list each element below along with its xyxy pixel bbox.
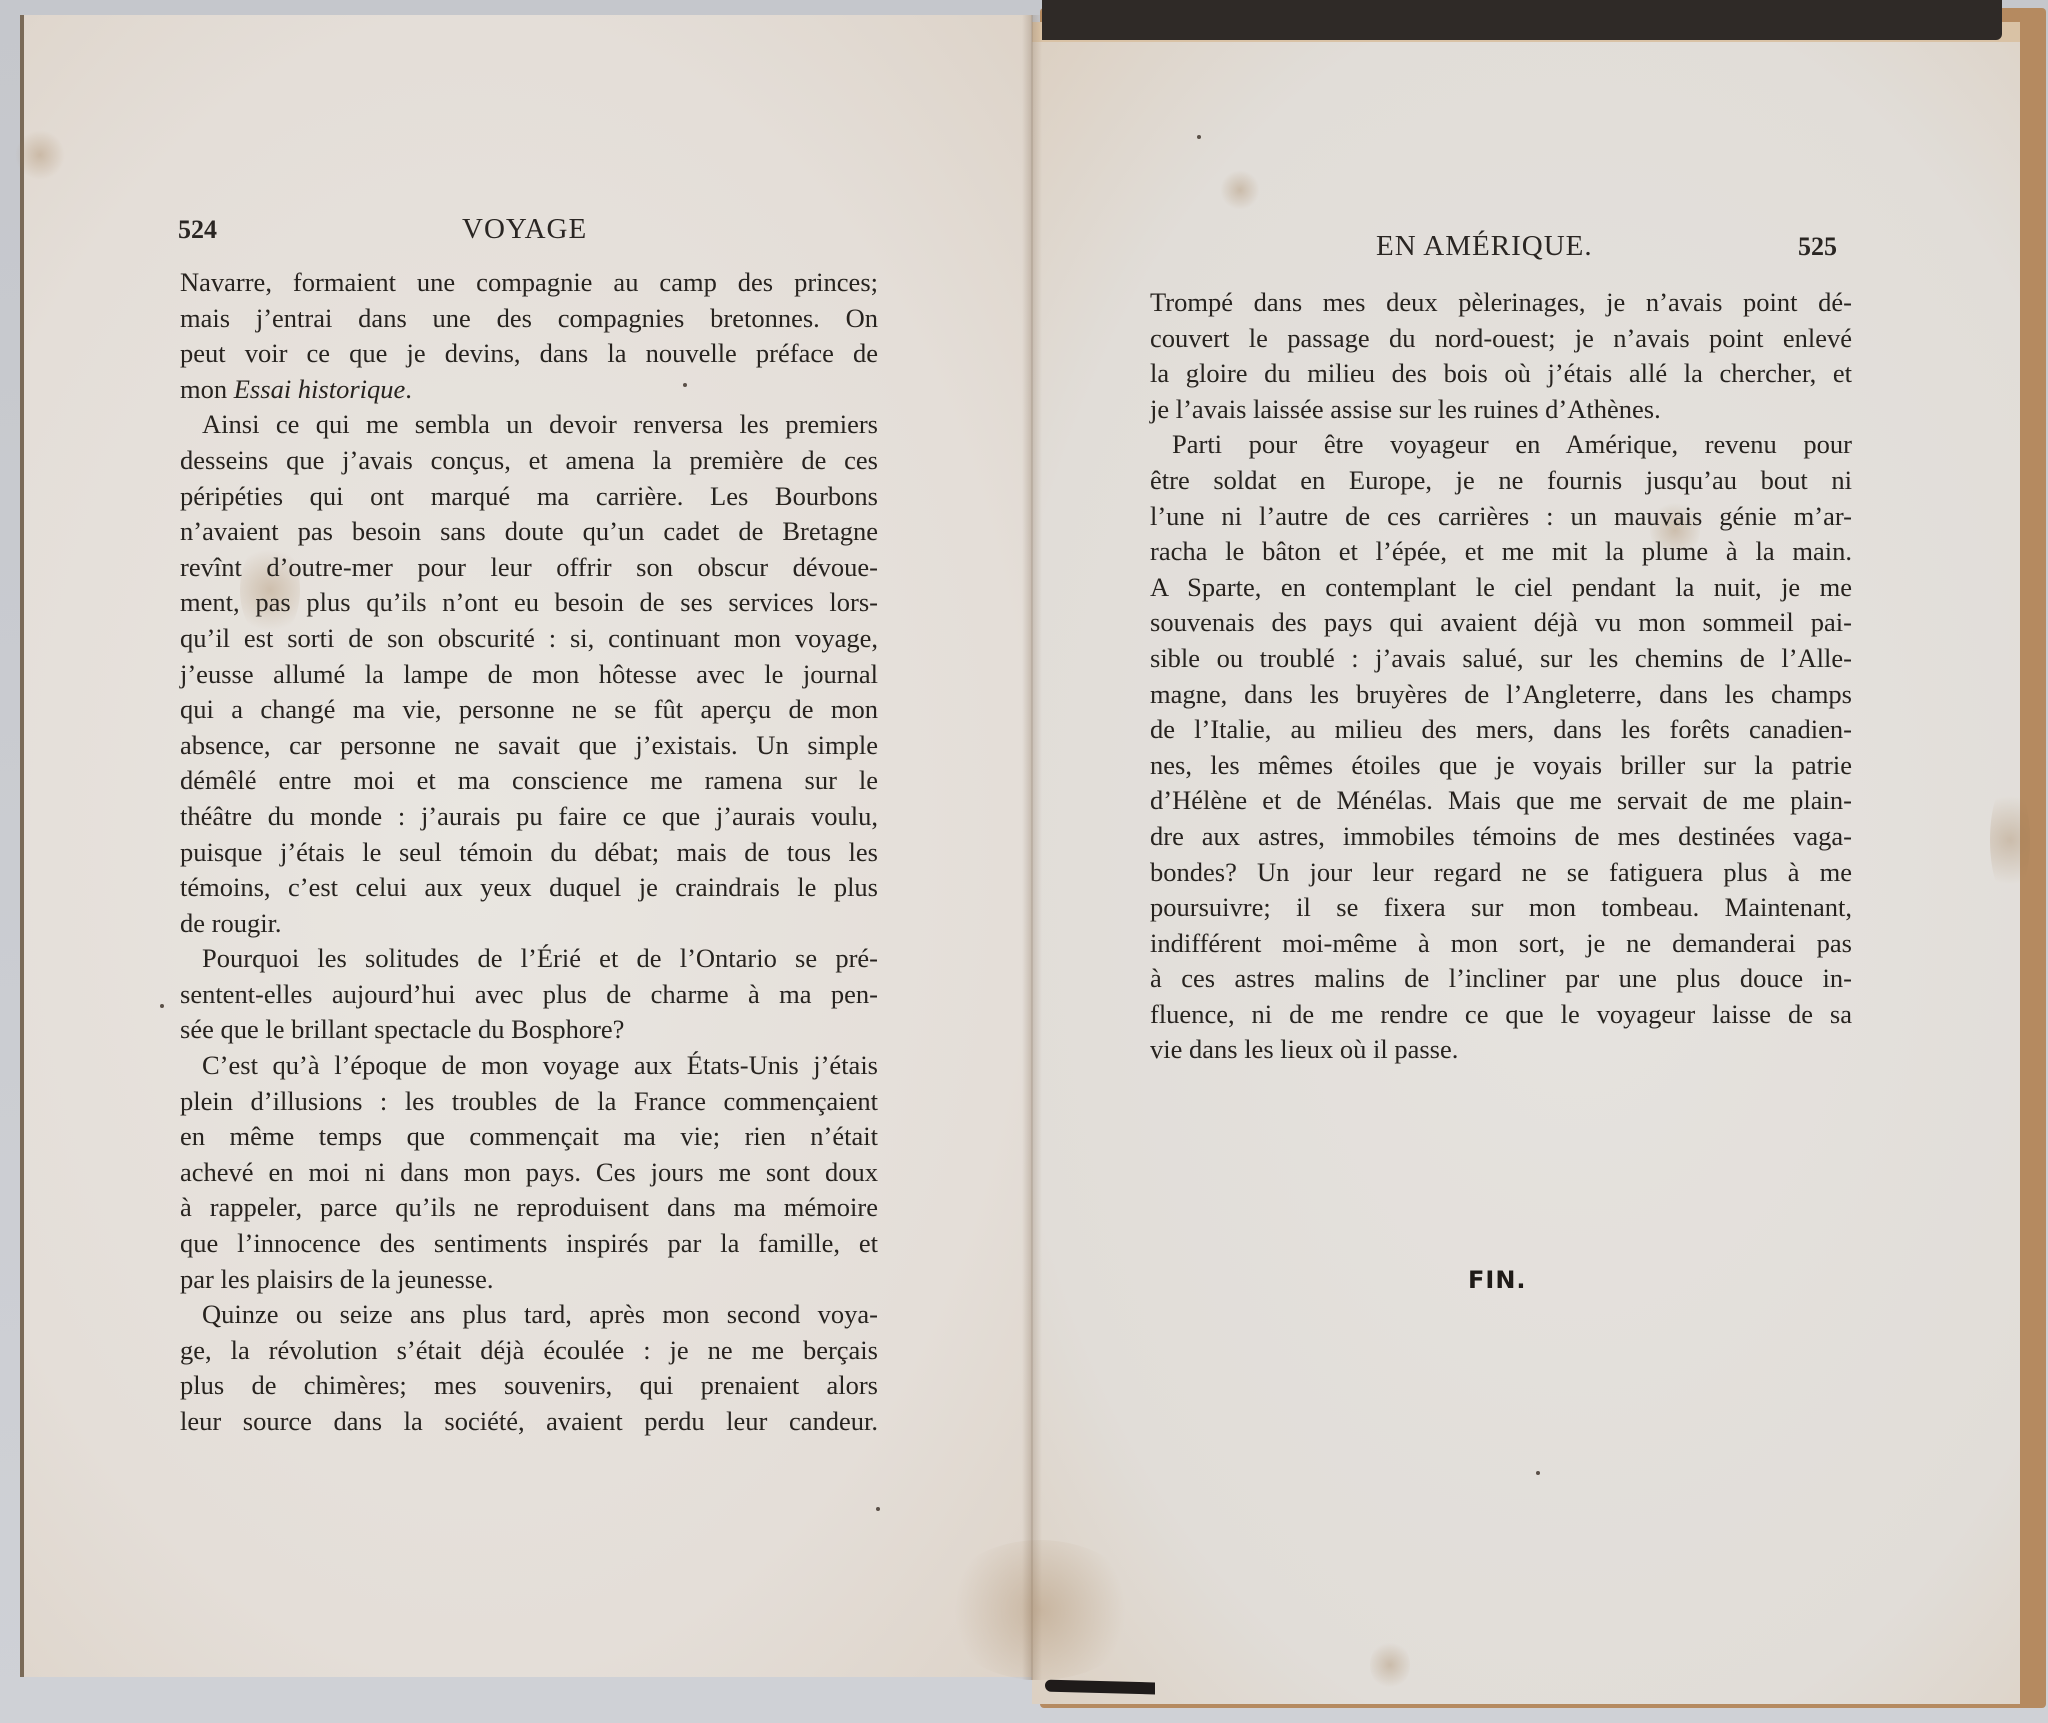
text-line: sible ou troublé : j’avais salué, sur le… [1150,641,1852,677]
text-line: peut voir ce que je devins, dans la nouv… [180,336,878,372]
text-line: souvenais des pays qui avaient déjà vu m… [1150,605,1852,641]
text-line: plus de chimères; mes souvenirs, qui pre… [180,1368,878,1404]
text-line: mais j’entrai dans une des compagnies br… [180,301,878,337]
text-line: j’eusse allumé la lampe de mon hôtesse a… [180,657,878,693]
text-line: Parti pour être voyageur en Amérique, re… [1150,427,1852,463]
foxing-stain [1990,780,2030,900]
text-line: C’est qu’à l’époque de mon voyage aux Ét… [180,1048,878,1084]
text-line: qui a changé ma vie, personne ne se fût … [180,692,878,728]
text-line: Trompé dans mes deux pèlerinages, je n’a… [1150,285,1852,321]
text-line: fluence, ni de me rendre ce que le voyag… [1150,997,1852,1033]
text-line: sentent-elles aujourd’hui avec plus de c… [180,977,878,1013]
left-page-body: Navarre, formaient une compagnie au camp… [180,265,878,1440]
text-line: desseins que j’avais conçus, et amena la… [180,443,878,479]
text-line: A Sparte, en contemplant le ciel pendant… [1150,570,1852,606]
text-line: Quinze ou seize ans plus tard, après mon… [180,1297,878,1333]
text-line: absence, car personne ne savait que j’ex… [180,728,878,764]
text-line: que l’innocence des sentiments inspirés … [180,1226,878,1262]
text-line: Navarre, formaient une compagnie au camp… [180,265,878,301]
text-line: plein d’illusions : les troubles de la F… [180,1084,878,1120]
foxing-stain [940,1540,1140,1680]
text-line: témoins, c’est celui aux yeux duquel je … [180,870,878,906]
text-line: magne, dans les bruyères de l’Angleterre… [1150,677,1852,713]
ink-speck [1536,1471,1540,1475]
end-mark: FIN. [1468,1266,1527,1294]
left-running-head: VOYAGE [462,213,587,246]
foxing-stain [1370,1640,1410,1690]
text-line: je l’avais laissée assise sur les ruines… [1150,392,1852,428]
text-line: leur source dans la société, avaient per… [180,1404,878,1440]
text-line: puisque j’étais le seul témoin du débat;… [180,835,878,871]
text-line: en même temps que commençait ma vie; rie… [180,1119,878,1155]
text-line: n’avaient pas besoin sans doute qu’un ca… [180,514,878,550]
text-line: sée que le brillant spectacle du Bosphor… [180,1012,878,1048]
foxing-stain [15,130,65,180]
text-line: à ces astres malins de l’incliner par un… [1150,961,1852,997]
text-line: d’Hélène et de Ménélas. Mais que me serv… [1150,783,1852,819]
text-line: achevé en moi ni dans mon pays. Ces jour… [180,1155,878,1191]
binding-top-strip [1042,0,2002,40]
right-page-number: 525 [1798,232,1837,262]
foxing-stain [1220,170,1260,210]
text-line: vie dans les lieux où il passe. [1150,1032,1852,1068]
ink-speck [1197,135,1201,139]
text-line: ment, pas plus qu’ils n’ont eu besoin de… [180,585,878,621]
text-line: démêlé entre moi et ma conscience me ram… [180,763,878,799]
text-line: l’une ni l’autre de ces carrières : un m… [1150,499,1852,535]
text-line: à rappeler, parce qu’ils ne reproduisent… [180,1190,878,1226]
text-line: bondes? Un jour leur regard ne se fatigu… [1150,855,1852,891]
left-page-number: 524 [178,215,217,245]
text-line: par les plaisirs de la jeunesse. [180,1262,878,1298]
text-line: dre aux astres, immobiles témoins de mes… [1150,819,1852,855]
text-line: nes, les mêmes étoiles que je voyais bri… [1150,748,1852,784]
text-line: revînt d’outre-mer pour leur offrir son … [180,550,878,586]
text-line: qu’il est sorti de son obscurité : si, c… [180,621,878,657]
ink-speck [160,1004,164,1008]
text-line: ge, la révolution s’était déjà écoulée :… [180,1333,878,1369]
text-line: de rougir. [180,906,878,942]
right-page-body: Trompé dans mes deux pèlerinages, je n’a… [1150,285,1852,1068]
text-line: indifférent moi-même à mon sort, je ne d… [1150,926,1852,962]
text-line: Ainsi ce qui me sembla un devoir renvers… [180,407,878,443]
text-line: mon Essai historique. [180,372,878,408]
text-line: la gloire du milieu des bois où j’étais … [1150,356,1852,392]
text-line: poursuivre; il se fixera sur mon tombeau… [1150,890,1852,926]
book-gutter [1022,15,1042,1680]
text-line: théâtre du monde : j’aurais pu faire ce … [180,799,878,835]
right-running-head: EN AMÉRIQUE. [1376,230,1593,263]
text-line: Pourquoi les solitudes de l’Érié et de l… [180,941,878,977]
text-line: couvert le passage du nord-ouest; je n’a… [1150,321,1852,357]
text-line: de l’Italie, au milieu des mers, dans le… [1150,712,1852,748]
ink-speck [876,1507,880,1511]
text-line: être soldat en Europe, je ne fournis jus… [1150,463,1852,499]
text-line: péripéties qui ont marqué ma carrière. L… [180,479,878,515]
text-line: racha le bâton et l’épée, et me mit la p… [1150,534,1852,570]
